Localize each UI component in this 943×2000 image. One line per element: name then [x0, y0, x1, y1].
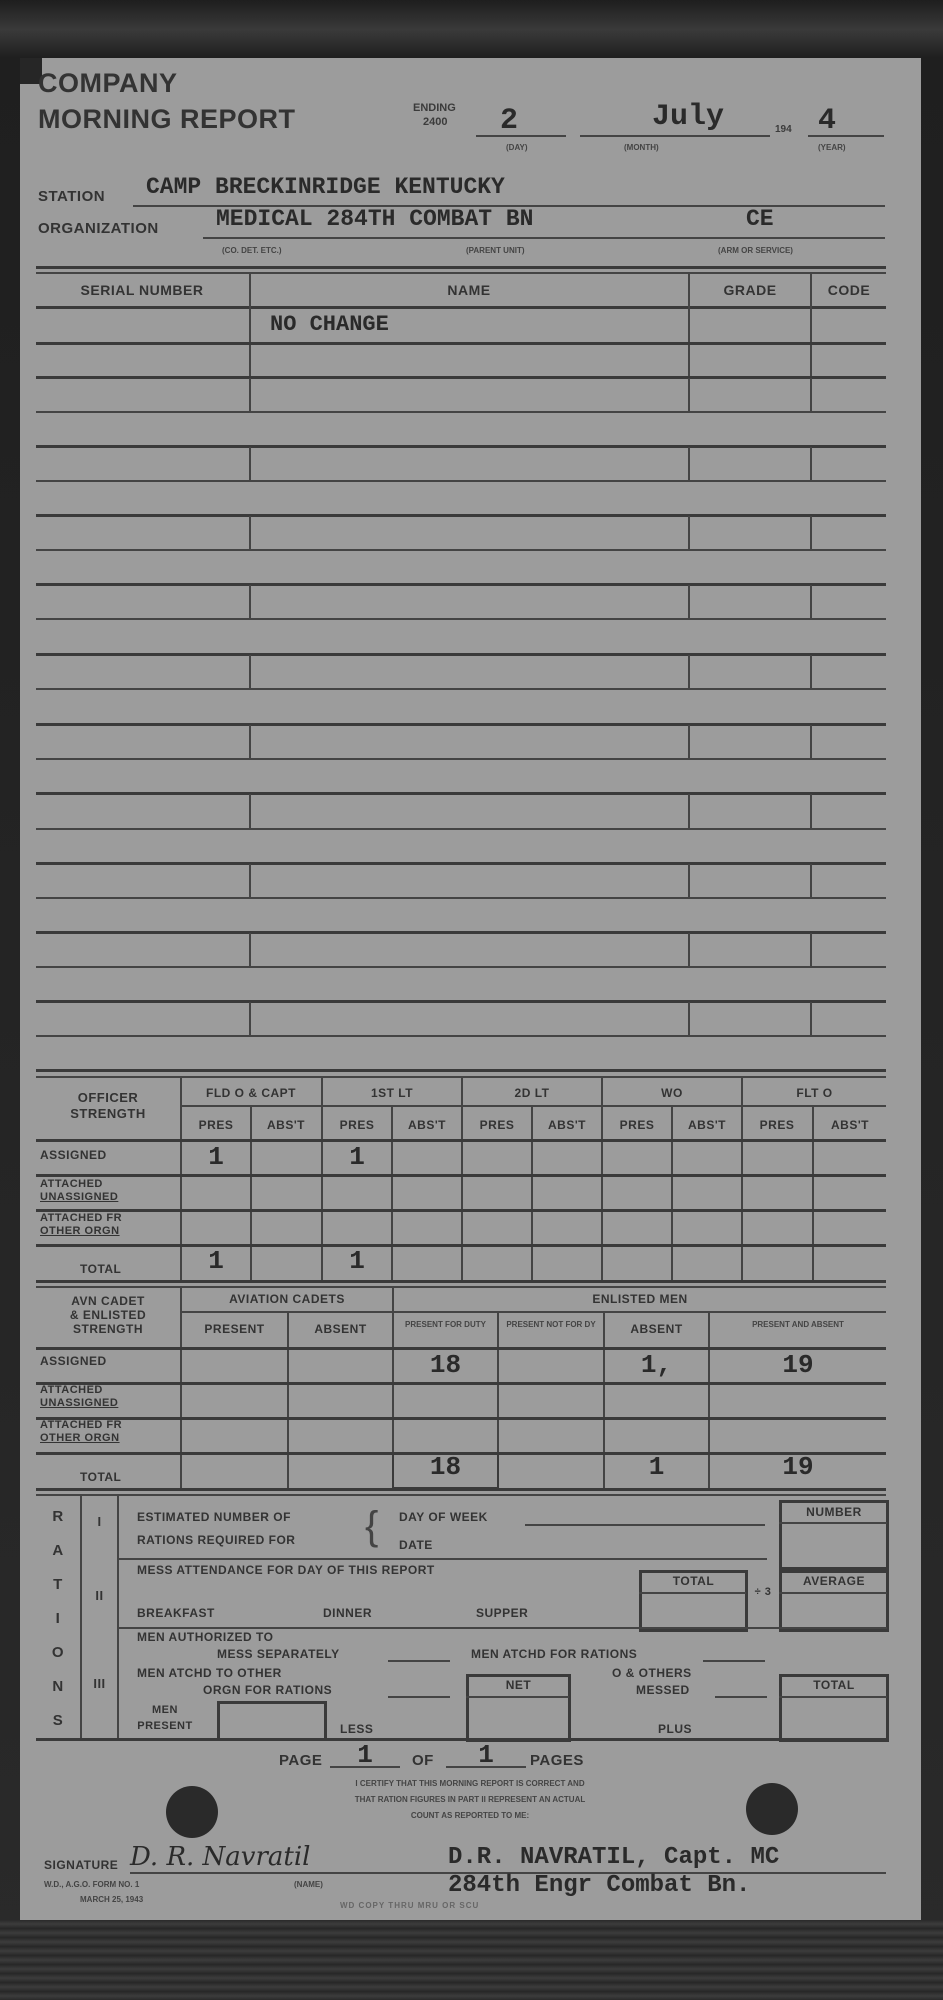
men-atchd-other-2: ORGN FOR RATIONS [203, 1683, 332, 1697]
officer-row-attached-fr-other: ATTACHED FR OTHER ORGN [40, 1212, 122, 1238]
roster-divider [249, 272, 251, 380]
roster-divider [810, 272, 812, 380]
report-form [20, 58, 921, 1924]
form-date: MARCH 25, 1943 [80, 1895, 143, 1904]
sub-abst: ABS'T [533, 1118, 601, 1132]
others-messed-2: MESSED [636, 1683, 690, 1697]
month-caption: (MONTH) [624, 143, 659, 152]
signer-unit: 284th Engr Combat Bn. [448, 1872, 750, 1899]
net-label: NET [469, 1678, 568, 1692]
orgn-for-rations-line [388, 1696, 450, 1698]
officer-group-fld-o-capt: FLD O & CAPT [182, 1086, 320, 1100]
certification-text: I CERTIFY THAT THIS MORNING REPORT IS CO… [250, 1776, 690, 1824]
year-caption: (YEAR) [818, 143, 846, 152]
roster-top-rule-2 [36, 272, 886, 274]
sub-pres: PRES [182, 1118, 250, 1132]
men-authorized-1: MEN AUTHORIZED TO [137, 1630, 274, 1644]
officer-group-wo: WO [603, 1086, 741, 1100]
officer-total-fld-pres: 1 [182, 1246, 250, 1276]
roster-divider [688, 272, 690, 380]
supper-label: SUPPER [476, 1606, 528, 1620]
enlisted-total-absent: 1 [605, 1452, 708, 1482]
organization-value: MEDICAL 284TH COMBAT BN [216, 206, 533, 232]
officer-row-attached-unassigned: ATTACHED UNASSIGNED [40, 1178, 118, 1204]
enlisted-row-total: TOTAL [80, 1470, 121, 1484]
pages-label: PAGES [530, 1752, 584, 1769]
men-atchd-other-1: MEN ATCHD TO OTHER [137, 1666, 282, 1680]
enlisted-total-present-duty: 18 [394, 1452, 497, 1482]
punch-hole-left [166, 1786, 218, 1838]
col-enlisted-absent: ABSENT [605, 1322, 708, 1336]
officer-group-2d-lt: 2D LT [463, 1086, 601, 1100]
sub-abst: ABS'T [673, 1118, 741, 1132]
month-line [580, 135, 770, 137]
page-number: 1 [330, 1740, 400, 1770]
arm-service-value: CE [746, 206, 774, 232]
enlisted-assigned-present-duty: 18 [394, 1350, 497, 1380]
mess-attendance-text: MESS ATTENDANCE FOR DAY OF THIS REPORT [137, 1563, 435, 1577]
officer-group-flt-o: FLT O [743, 1086, 886, 1100]
breakfast-label: BREAKFAST [137, 1606, 215, 1620]
others-messed-line [715, 1696, 767, 1698]
mess-separately-line [388, 1660, 450, 1662]
year-prefix: 194 [775, 124, 792, 135]
month-value: July [652, 100, 724, 134]
parent-unit-caption: (PARENT UNIT) [466, 246, 525, 255]
ending-time: 2400 [423, 116, 447, 128]
col-present-not-for-duty: PRESENT NOT FOR DY [499, 1318, 603, 1332]
sub-abst: ABS'T [393, 1118, 461, 1132]
less-label: LESS [340, 1722, 373, 1736]
men-authorized-2: MESS SEPARATELY [217, 1647, 340, 1661]
rations-estimated-text-1: ESTIMATED NUMBER OF [137, 1510, 291, 1524]
sub-pres: PRES [603, 1118, 671, 1132]
officer-group-1st-lt: 1ST LT [323, 1086, 461, 1100]
arm-service-caption: (ARM OR SERVICE) [718, 246, 793, 255]
day-caption: (DAY) [506, 143, 527, 152]
roster-header-rule [36, 306, 886, 309]
of-label: OF [412, 1752, 434, 1769]
dinner-label: DINNER [323, 1606, 372, 1620]
rations-part-2-numeral: II [82, 1588, 117, 1603]
men-present-label: MEN PRESENT [118, 1702, 212, 1734]
enlisted-row-assigned: ASSIGNED [40, 1354, 107, 1368]
col-code: CODE [812, 282, 886, 298]
form-title-company: COMPANY [38, 68, 178, 99]
col-cadets-present: PRESENT [182, 1322, 287, 1336]
officer-strength-title: OFFICER STRENGTH [36, 1090, 180, 1122]
men-atchd-for-rations: MEN ATCHD FOR RATIONS [471, 1647, 637, 1661]
col-present-for-duty: PRESENT FOR DUTY [394, 1318, 497, 1332]
microfilm-bottom-edge [0, 1920, 943, 2000]
plus-label: PLUS [658, 1722, 692, 1736]
sub-pres: PRES [463, 1118, 531, 1132]
officer-assigned-fld-pres: 1 [182, 1142, 250, 1172]
officer-row-assigned: ASSIGNED [40, 1148, 107, 1162]
col-cadets-absent: ABSENT [289, 1322, 392, 1336]
name-caption: (NAME) [294, 1880, 323, 1889]
rations-side-label: R A T I O N S [36, 1500, 80, 1738]
enlisted-row-attached-fr-other: ATTACHED FR OTHER ORGN [40, 1419, 122, 1445]
sub-abst: ABS'T [252, 1118, 320, 1132]
brace-icon: { [365, 1502, 378, 1550]
enlisted-strength-title: AVN CADET & ENLISTED STRENGTH [36, 1294, 180, 1336]
col-grade: GRADE [690, 282, 810, 298]
day-line [476, 135, 566, 137]
signature-label: SIGNATURE [44, 1858, 118, 1872]
punch-hole-right [746, 1783, 798, 1835]
others-messed-1: O & OTHERS [612, 1666, 692, 1680]
rations-part-1-numeral: I [82, 1514, 117, 1529]
rations-part-3-numeral: III [82, 1676, 117, 1691]
officer-assigned-1stlt-pres: 1 [323, 1142, 391, 1172]
men-present-box[interactable] [217, 1701, 327, 1739]
officer-total-1stlt-pres: 1 [323, 1246, 391, 1276]
col-name: NAME [250, 282, 688, 298]
total-pages: 1 [446, 1740, 526, 1770]
form-number: W.D., A.G.O. FORM NO. 1 [44, 1880, 139, 1889]
sub-abst: ABS'T [814, 1118, 886, 1132]
signature-script: D. R. Navratil [130, 1842, 311, 1872]
signer-name: D.R. NAVRATIL, Capt. MC [448, 1844, 779, 1871]
organization-line [203, 237, 885, 239]
organization-label: ORGANIZATION [38, 220, 159, 237]
day-of-week-line [525, 1524, 765, 1526]
sub-pres: PRES [743, 1118, 811, 1132]
page-label: PAGE [279, 1752, 322, 1769]
average-label: AVERAGE [782, 1574, 886, 1588]
col-serial-number: SERIAL NUMBER [36, 282, 248, 298]
rations-estimated-text-2: RATIONS REQUIRED FOR [137, 1533, 295, 1547]
day-value: 2 [500, 104, 518, 138]
divide-by-three: ÷ 3 [748, 1586, 778, 1598]
unit-caption: (CO. DET. ETC.) [222, 246, 282, 255]
mess-total-label: TOTAL [642, 1574, 745, 1588]
day-of-week-label: DAY OF WEEK [399, 1510, 488, 1524]
enlisted-total-all: 19 [710, 1452, 886, 1482]
sub-pres: PRES [323, 1118, 391, 1132]
rations-total-label: TOTAL [782, 1678, 886, 1692]
station-label: STATION [38, 188, 105, 205]
enlisted-row-attached-unassigned: ATTACHED UNASSIGNED [40, 1384, 118, 1410]
number-label: NUMBER [782, 1505, 886, 1519]
roster-row-rule [36, 342, 886, 345]
col-present-and-absent: PRESENT AND ABSENT [710, 1318, 886, 1332]
roster-top-rule [36, 266, 886, 269]
station-value: CAMP BRECKINRIDGE KENTUCKY [146, 174, 505, 200]
ending-label: ENDING [413, 102, 456, 114]
roster-row-name: NO CHANGE [270, 312, 389, 337]
group-enlisted-men: ENLISTED MEN [394, 1292, 886, 1306]
enlisted-assigned-absent: 1, [605, 1350, 708, 1380]
atchd-for-rations-line [703, 1660, 765, 1662]
officer-row-total: TOTAL [80, 1262, 121, 1276]
enlisted-assigned-total: 19 [710, 1350, 886, 1380]
year-value: 4 [818, 104, 836, 138]
group-aviation-cadets: AVIATION CADETS [182, 1292, 392, 1306]
date-label: DATE [399, 1538, 433, 1552]
copy-note: WD COPY THRU MRU OR SCU [340, 1901, 479, 1910]
form-title-morning-report: MORNING REPORT [38, 104, 296, 135]
